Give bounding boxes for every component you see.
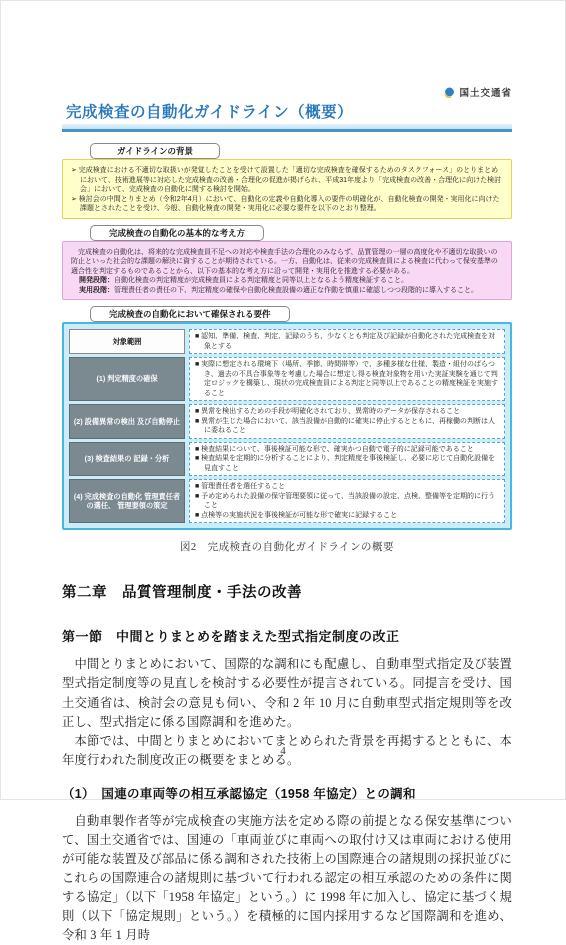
table-row-management: (4) 完成検査の自動化 管理責任者の選任、 管理要領の策定 ■ 管理責任者を選… (69, 479, 505, 523)
requirement-item: ■ 検査結果を定期的に分析することにより、判定精度を事後検証し、必要に応じて自動… (195, 454, 499, 473)
requirement-item: ■ 異常が生じた場合において、該当設備が自動的に確実に停止するとともに、再稼働の… (195, 417, 499, 436)
background-bullet: ➢ 完成検査における不適切な取扱いが発覚したことを受けて設置した「適切な完成検査… (71, 166, 503, 195)
row-items: ■ 検査結果について、事後検証可能な形で、確実かつ自動で電子的に記録可能であるこ… (189, 442, 505, 477)
stage-text: 管理責任者の責任の下、判定精度の確保や自動化検査設備の適正な作動を慎重に確認しつ… (114, 287, 478, 294)
tab-requirements: 完成検査の自動化において確保される要件 (90, 306, 290, 322)
agency-header: 国土交通省 (62, 85, 512, 99)
slide-title: 完成検査の自動化ガイドライン（概要） (62, 99, 512, 124)
stage-text: 自動化検査の判定精度が完成検査員による判定精度と同等以上となるよう精度検証するこ… (114, 277, 408, 284)
mlit-logo-icon (444, 87, 455, 98)
approach-box: 完成検査の自動化は、将来的な完成検査員不足への対応や検査手法の合理化のみならず、… (62, 241, 512, 301)
requirement-item: ■ 異常を検出するための手段が明確化されており、異常時のデータが保存されること (195, 407, 499, 417)
row-items: ■ 管理責任者を選任すること ■ 予め定められた設備の保守管理要領に従って、当該… (189, 479, 505, 523)
document-page: { "header": { "agency": "国土交通省", "title"… (0, 0, 566, 800)
requirement-item: ■ 点検等の実施状況を事後検証が可能な形で確実に記録すること (195, 511, 499, 521)
row-items: ■ 異常を検出するための手段が明確化されており、異常時のデータが保存されること … (189, 404, 505, 439)
table-row-accuracy: (1) 判定精度の確保 ■ 実際に想定される環境下（場所、季節、時間帯等）で、多… (69, 357, 505, 401)
row-label: (2) 設備異常の検出 及び自動停止 (69, 404, 185, 439)
row-items: ■ 認知、準備、検査、判定、記録のうち、少なくとも判定及び記録が自動化された完成… (189, 329, 505, 354)
stage-label: 実用段階： (79, 287, 114, 294)
background-section: ガイドラインの背景 ➢ 完成検査における不適切な取扱いが発覚したことを受けて設置… (62, 141, 512, 219)
chapter-heading: 第二章 品質管理制度・手法の改善 (62, 581, 512, 602)
background-box: ➢ 完成検査における不適切な取扱いが発覚したことを受けて設置した「適切な完成検査… (62, 159, 512, 219)
body-paragraph: 中間とりまとめにおいて、国際的な調和にも配慮し、自動車型式指定及び装置型式指定制… (62, 655, 512, 731)
background-bullet: ➢ 検討会の中間とりまとめ（令和2年4月）において、自動化の定義や自動化導入の要… (71, 195, 503, 214)
section-heading: 第一節 中間とりまとめを踏まえた型式指定制度の改正 (62, 626, 512, 645)
approach-stage-development: 開発段階：自動化検査の判定精度が完成検査員による判定精度と同等以上となるよう精度… (71, 276, 503, 286)
figure-caption: 図2 完成検査の自動化ガイドラインの概要 (62, 539, 512, 554)
requirement-item: ■ 検査結果について、事後検証可能な形で、確実かつ自動で電子的に記録可能であるこ… (195, 445, 499, 455)
table-row-records: (3) 検査結果の 記録・分析 ■ 検査結果について、事後検証可能な形で、確実か… (69, 442, 505, 477)
row-items: ■ 実際に想定される環境下（場所、季節、時間帯等）で、多種多様な仕様、製造・組付… (189, 357, 505, 401)
subsection-heading: （1） 国連の車両等の相互承認協定（1958 年協定）との調和 (62, 784, 512, 802)
table-row-anomaly: (2) 設備異常の検出 及び自動停止 ■ 異常を検出するための手段が明確化されて… (69, 404, 505, 439)
row-label: (1) 判定精度の確保 (69, 357, 185, 401)
page-number: 4 (1, 745, 565, 757)
tab-approach: 完成検査の自動化の基本的な考え方 (90, 225, 264, 241)
requirements-section: 完成検査の自動化において確保される要件 対象範囲 ■ 認知、準備、検査、判定、記… (62, 304, 512, 530)
row-label: 対象範囲 (69, 329, 185, 354)
table-row-scope: 対象範囲 ■ 認知、準備、検査、判定、記録のうち、少なくとも判定及び記録が自動化… (69, 329, 505, 354)
page-content: 国土交通省 完成検査の自動化ガイドライン（概要） ガイドラインの背景 ➢ 完成検… (62, 85, 512, 945)
row-label: (4) 完成検査の自動化 管理責任者の選任、 管理要領の策定 (69, 479, 185, 523)
requirement-item: ■ 認知、準備、検査、判定、記録のうち、少なくとも判定及び記録が自動化された完成… (195, 332, 499, 351)
stage-label: 開発段階： (79, 277, 114, 284)
requirement-item: ■ 実際に想定される環境下（場所、季節、時間帯等）で、多種多様な仕様、製造・組付… (195, 360, 499, 398)
requirement-item: ■ 予め定められた設備の保守管理要領に従って、当該設備の設定、点検、整備等を定期… (195, 492, 499, 511)
requirement-item: ■ 管理責任者を選任すること (195, 482, 499, 492)
requirements-table: 対象範囲 ■ 認知、準備、検査、判定、記録のうち、少なくとも判定及び記録が自動化… (62, 322, 512, 530)
body-paragraph: 自動車製作者等が完成検査の実施方法を定める際の前提となる保安基準について、国土交… (62, 812, 512, 945)
row-label: (3) 検査結果の 記録・分析 (69, 442, 185, 477)
tab-background: ガイドラインの背景 (90, 143, 220, 159)
approach-stage-practical: 実用段階：管理責任者の責任の下、判定精度の確保や自動化検査設備の適正な作動を慎重… (71, 286, 503, 296)
agency-name: 国土交通省 (459, 85, 512, 99)
title-underline-band (62, 124, 512, 132)
approach-section: 完成検査の自動化の基本的な考え方 完成検査の自動化は、将来的な完成検査員不足への… (62, 223, 512, 301)
approach-body: 完成検査の自動化は、将来的な完成検査員不足への対応や検査手法の合理化のみならず、… (71, 248, 503, 277)
